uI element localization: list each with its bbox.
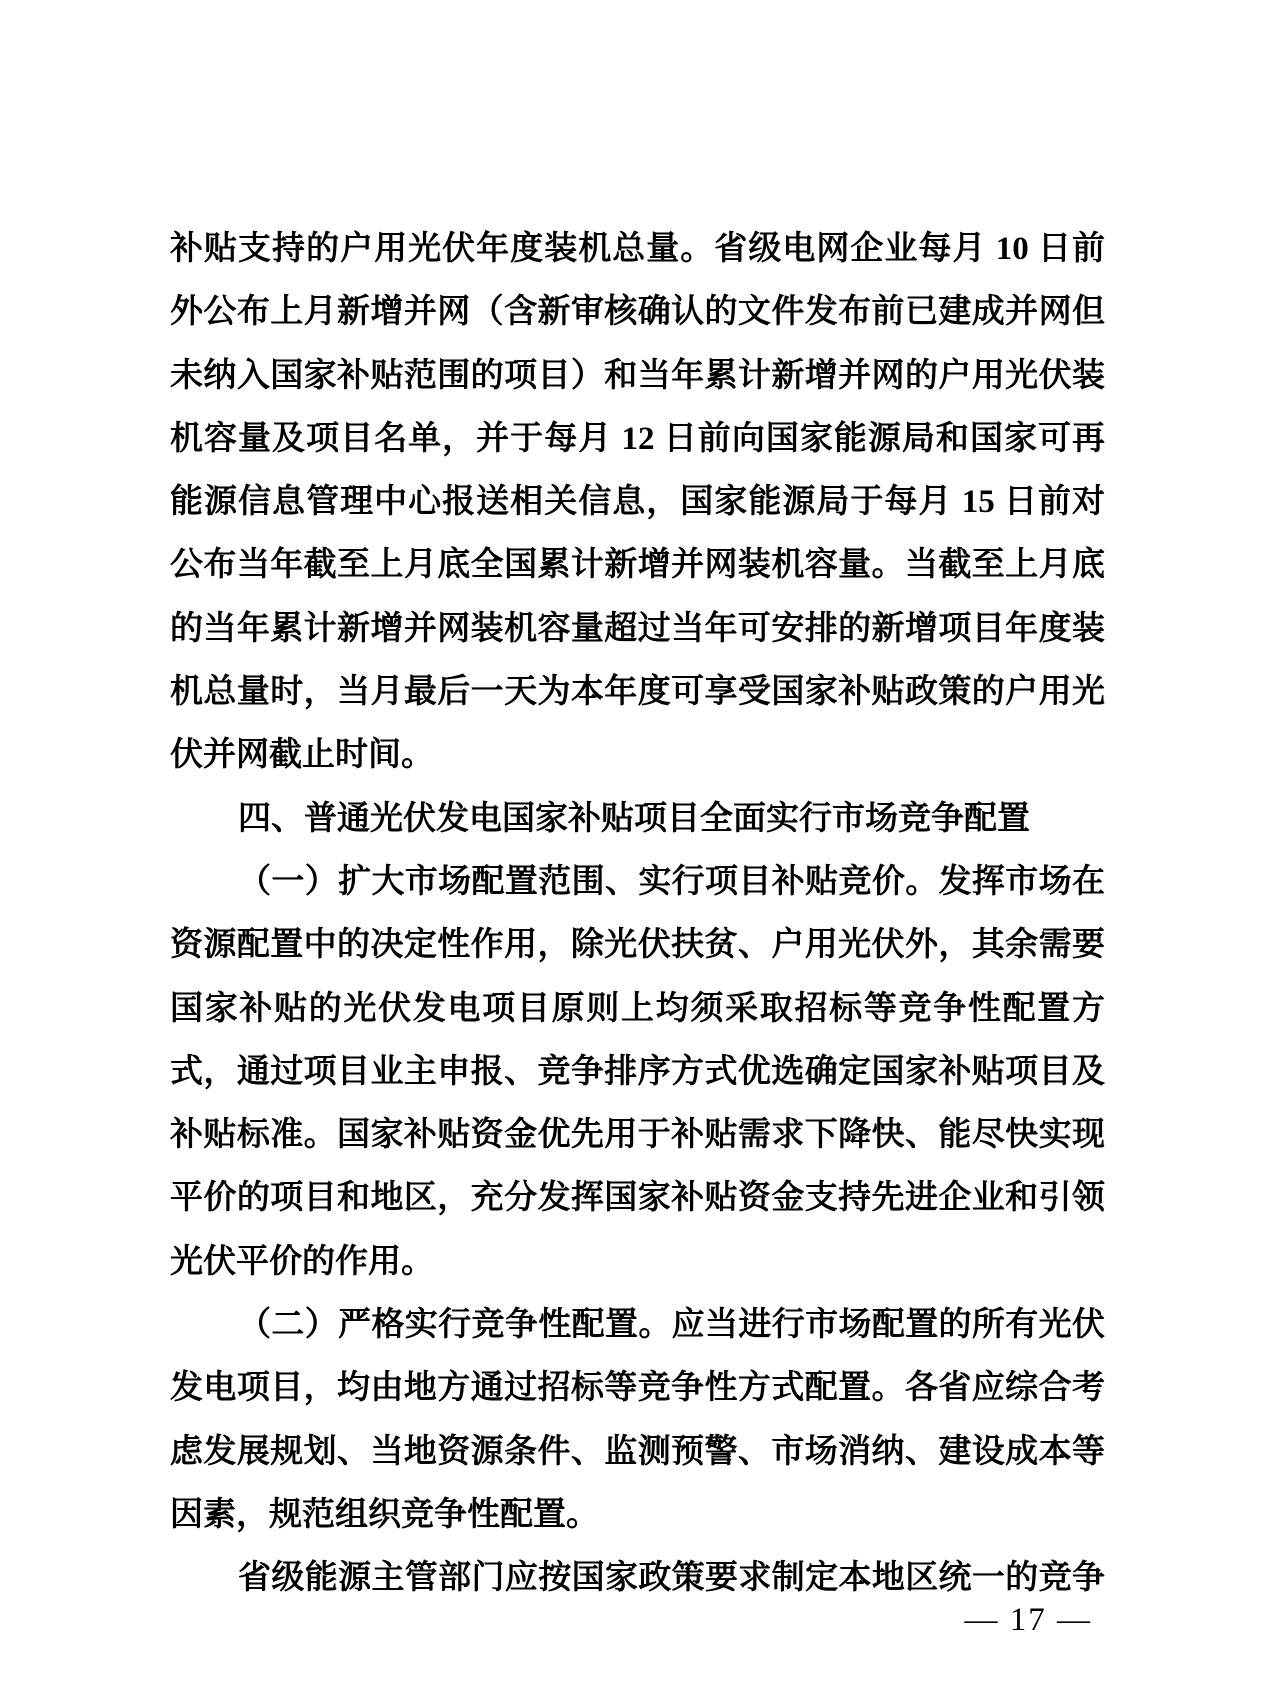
subsection-2-line: （二）严格实行竞争性配置。应当进行市场配置的所有光伏 bbox=[170, 1294, 1105, 1357]
subsection-1-line: （一）扩大市场配置范围、实行项目补贴竞价。发挥市场在 bbox=[170, 851, 1105, 914]
document-page: 补贴支持的户用光伏年度装机总量。省级电网企业每月 10 日前对 外公布上月新增并… bbox=[0, 0, 1280, 1687]
body-line: 补贴支持的户用光伏年度装机总量。省级电网企业每月 10 日前对 bbox=[170, 218, 1105, 281]
body-line: 机容量及项目名单，并于每月 12 日前向国家能源局和国家可再生 bbox=[170, 408, 1105, 471]
section-heading: 四、普通光伏发电国家补贴项目全面实行市场竞争配置 bbox=[170, 788, 1105, 851]
page-number: — 17 — bbox=[965, 1602, 1093, 1639]
body-line: 未纳入国家补贴范围的项目）和当年累计新增并网的户用光伏装 bbox=[170, 345, 1105, 408]
body-line: 的当年累计新增并网装机容量超过当年可安排的新增项目年度装 bbox=[170, 598, 1105, 661]
body-line: 光伏平价的作用。 bbox=[170, 1231, 1105, 1294]
body-line: 能源信息管理中心报送相关信息，国家能源局于每月 15 日前对外 bbox=[170, 471, 1105, 534]
body-line: 机总量时，当月最后一天为本年度可享受国家补贴政策的户用光 bbox=[170, 661, 1105, 724]
body-line: 平价的项目和地区，充分发挥国家补贴资金支持先进企业和引领 bbox=[170, 1167, 1105, 1230]
body-line: 补贴标准。国家补贴资金优先用于补贴需求下降快、能尽快实现 bbox=[170, 1104, 1105, 1167]
body-line: 虑发展规划、当地资源条件、监测预警、市场消纳、建设成本等 bbox=[170, 1421, 1105, 1484]
body-line: 发电项目，均由地方通过招标等竞争性方式配置。各省应综合考 bbox=[170, 1357, 1105, 1420]
body-line: 伏并网截止时间。 bbox=[170, 724, 1105, 787]
document-body: 补贴支持的户用光伏年度装机总量。省级电网企业每月 10 日前对 外公布上月新增并… bbox=[170, 218, 1105, 1611]
body-line: 国家补贴的光伏发电项目原则上均须采取招标等竞争性配置方 bbox=[170, 978, 1105, 1041]
body-line: 公布当年截至上月底全国累计新增并网装机容量。当截至上月底 bbox=[170, 534, 1105, 597]
body-line: 资源配置中的决定性作用，除光伏扶贫、户用光伏外，其余需要 bbox=[170, 914, 1105, 977]
body-line: 式，通过项目业主申报、竞争排序方式优选确定国家补贴项目及 bbox=[170, 1041, 1105, 1104]
body-line: 因素，规范组织竞争性配置。 bbox=[170, 1484, 1105, 1547]
body-line: 外公布上月新增并网（含新审核确认的文件发布前已建成并网但 bbox=[170, 281, 1105, 344]
